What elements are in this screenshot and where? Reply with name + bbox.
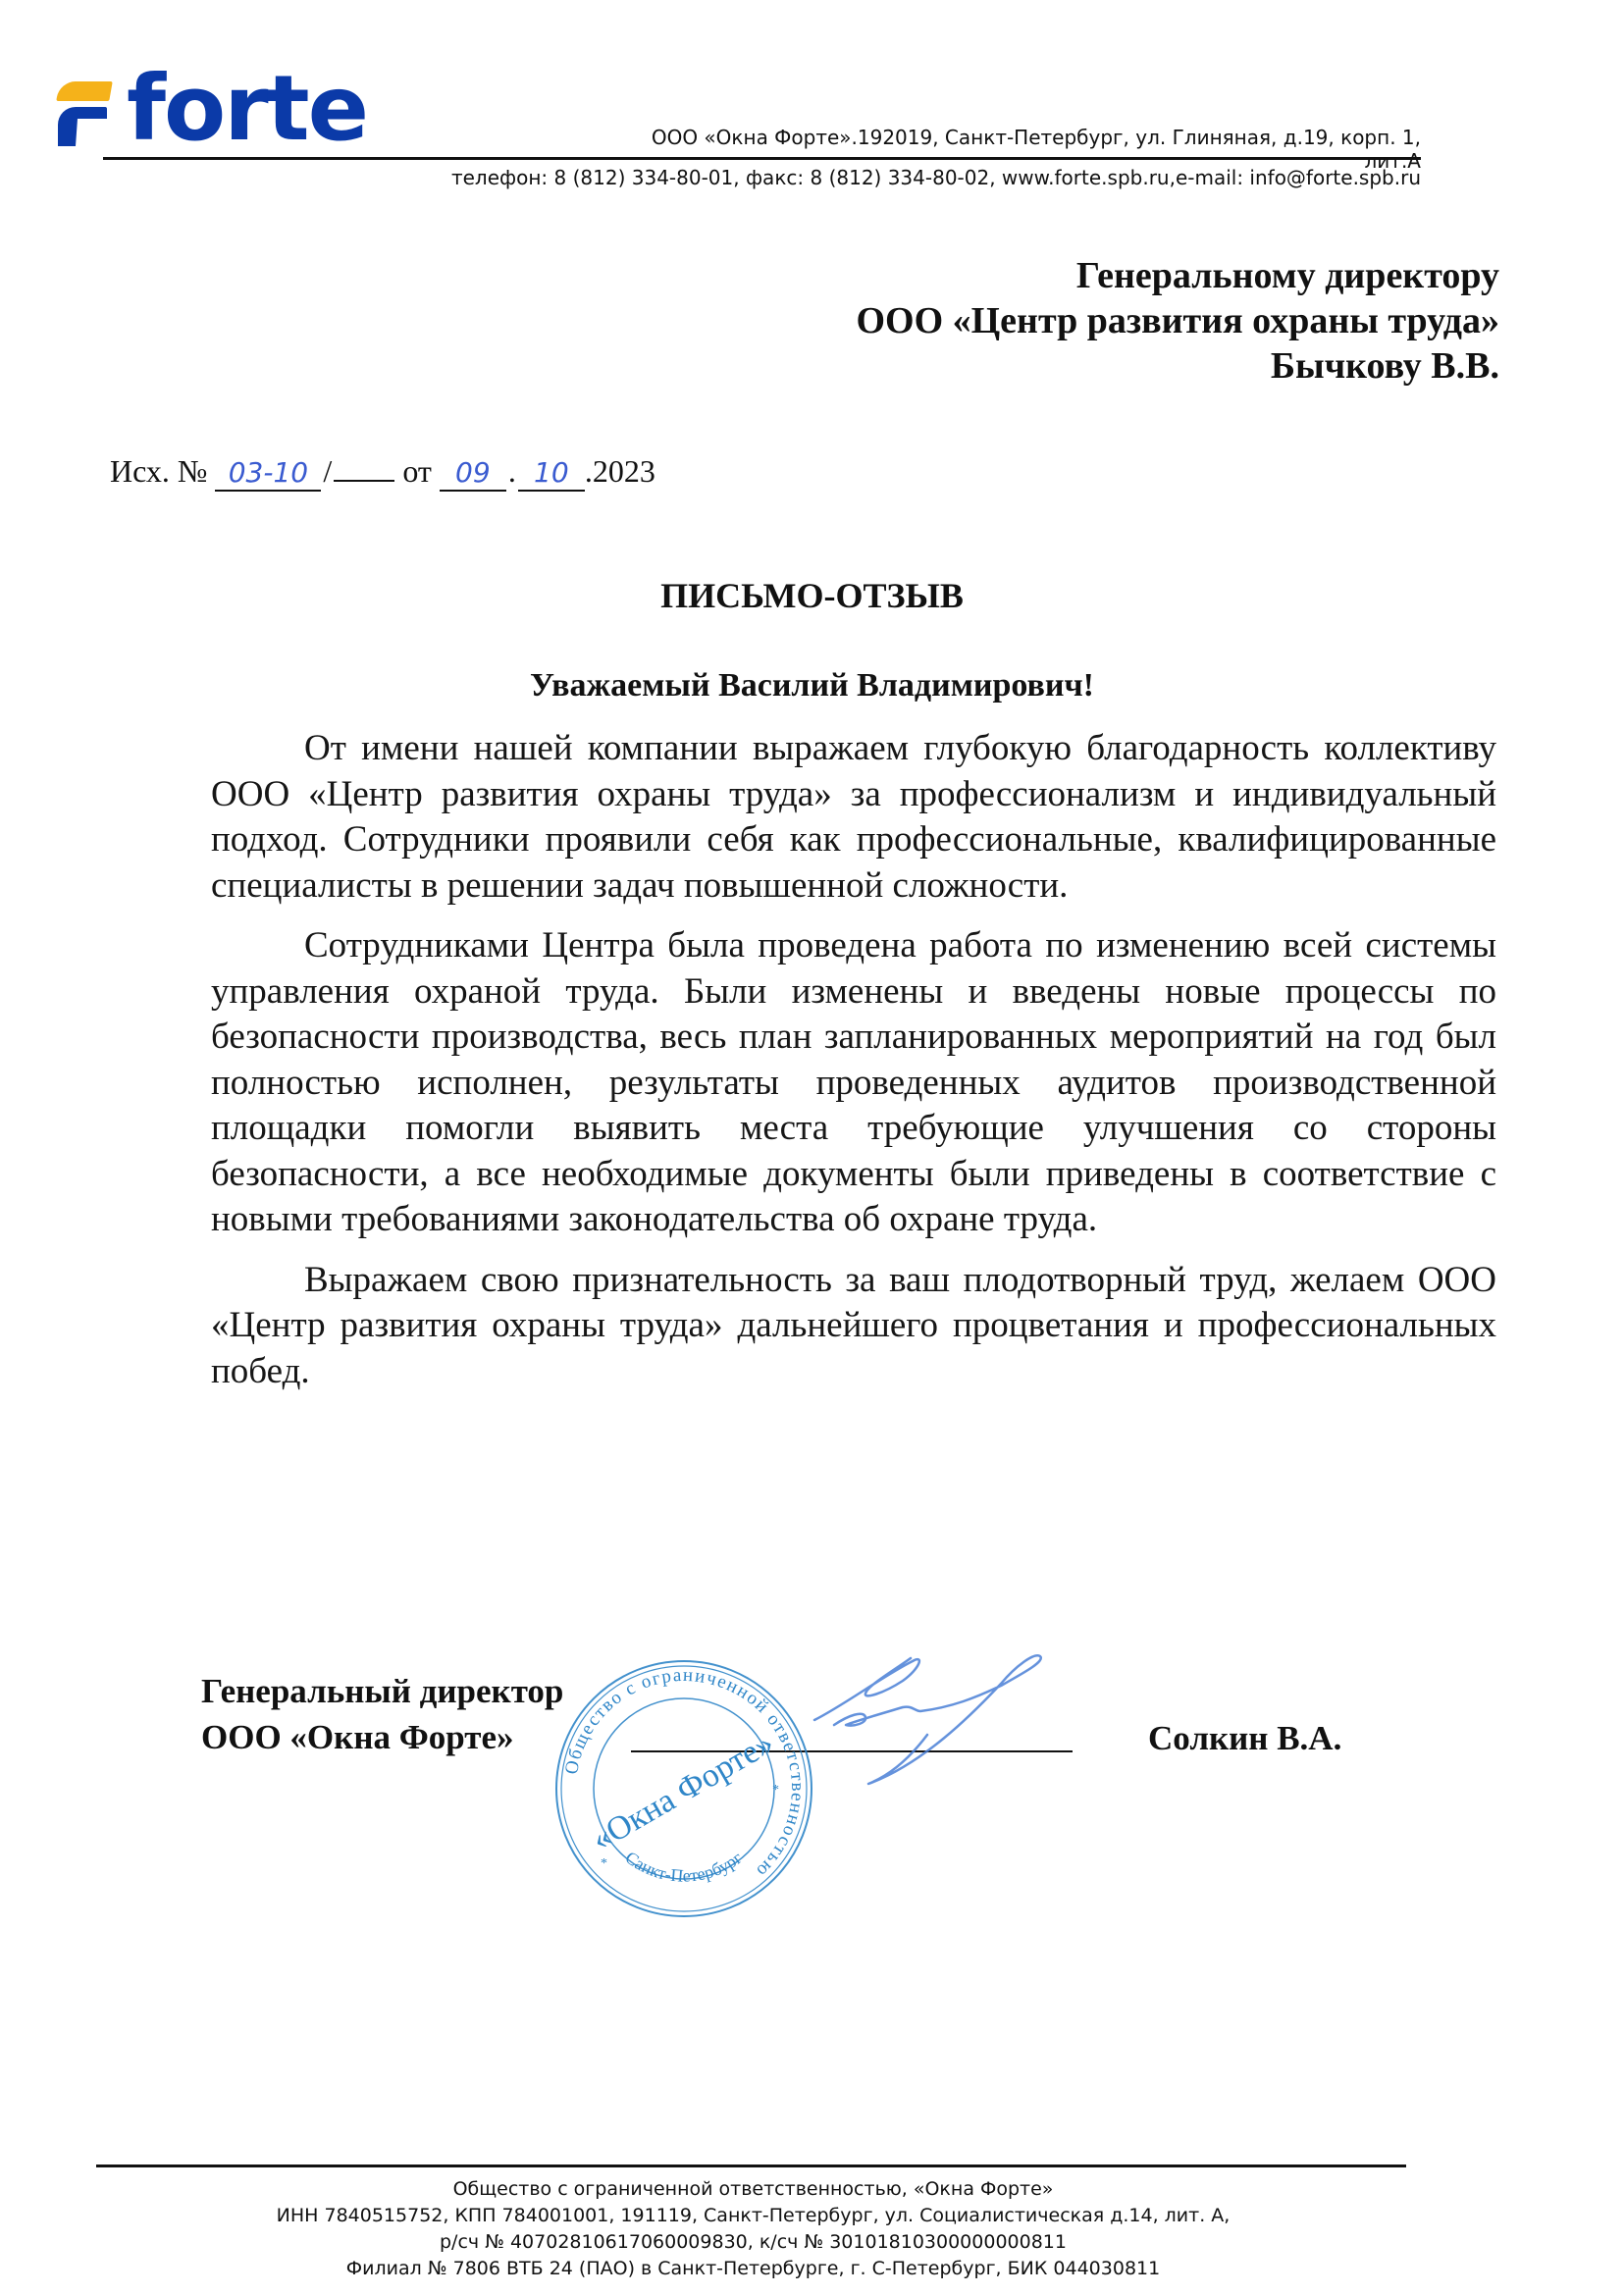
date-day-field: 09 xyxy=(440,456,506,492)
stamp-center-text: «Окна Форте» xyxy=(586,1725,780,1858)
outgoing-slash: / xyxy=(323,453,332,490)
date-from-label: от xyxy=(402,453,432,490)
body-paragraph: Сотрудниками Центра была проведена работ… xyxy=(211,923,1496,1243)
body-paragraph: От имени нашей компании выражаем глубоку… xyxy=(211,726,1496,909)
footer-bank-accounts: р/сч № 40702810617060009830, к/сч № 3010… xyxy=(98,2229,1408,2256)
salutation: Уважаемый Василий Владимирович! xyxy=(0,667,1624,704)
body-paragraph: Выражаем свою признательность за ваш пло… xyxy=(211,1258,1496,1395)
company-logo: forte xyxy=(54,65,367,153)
company-stamp-icon: Общество с ограниченной ответственностью… xyxy=(551,1656,816,1921)
signatory-title: Генеральный директор xyxy=(201,1668,563,1714)
svg-text:*: * xyxy=(601,1856,607,1871)
signatory-name: Солкин В.А. xyxy=(1148,1719,1341,1758)
outgoing-number-field: 03-10 xyxy=(215,456,321,492)
logo-wordmark: forte xyxy=(127,64,367,154)
letter-body: От имени нашей компании выражаем глубоку… xyxy=(211,726,1496,1409)
addressee-name: Бычкову В.В. xyxy=(687,343,1499,389)
signatory-position: Генеральный директор ООО «Окна Форте» xyxy=(201,1668,563,1760)
outgoing-suffix-field xyxy=(334,480,394,482)
letterhead-contacts: телефон: 8 (812) 334-80-01, факс: 8 (812… xyxy=(393,166,1421,189)
outgoing-prefix: Исх. № xyxy=(110,453,207,490)
addressee-organization: ООО «Центр развития охраны труда» xyxy=(687,298,1499,343)
svg-text:Санкт-Петербург: Санкт-Петербург xyxy=(622,1848,747,1886)
date-dot: . xyxy=(508,453,516,490)
forte-logo-icon xyxy=(54,81,113,146)
signatory-company: ООО «Окна Форте» xyxy=(201,1714,563,1760)
date-year: .2023 xyxy=(585,453,655,490)
outgoing-number-line: Исх. № 03-10 / от 09 . 10 .2023 xyxy=(110,453,655,492)
stamp-bottom-text: Санкт-Петербург xyxy=(622,1848,747,1886)
footer-divider xyxy=(96,2165,1406,2167)
document-title: ПИСЬМО-ОТЗЫВ xyxy=(0,575,1624,616)
footer-company-name: Общество с ограниченной ответственностью… xyxy=(98,2176,1408,2203)
addressee-block: Генеральному директору ООО «Центр развит… xyxy=(687,253,1499,389)
letterhead-divider xyxy=(103,157,1421,160)
footer-tax-address: ИНН 7840515752, КПП 784001001, 191119, С… xyxy=(98,2203,1408,2229)
handwritten-signature-icon xyxy=(805,1637,1079,1803)
footer-requisites: Общество с ограниченной ответственностью… xyxy=(98,2176,1408,2282)
footer-bank-branch: Филиал № 7806 ВТБ 24 (ПАО) в Санкт-Петер… xyxy=(98,2256,1408,2282)
svg-text:*: * xyxy=(772,1783,779,1798)
date-month-field: 10 xyxy=(518,456,585,492)
addressee-position: Генеральному директору xyxy=(687,253,1499,298)
